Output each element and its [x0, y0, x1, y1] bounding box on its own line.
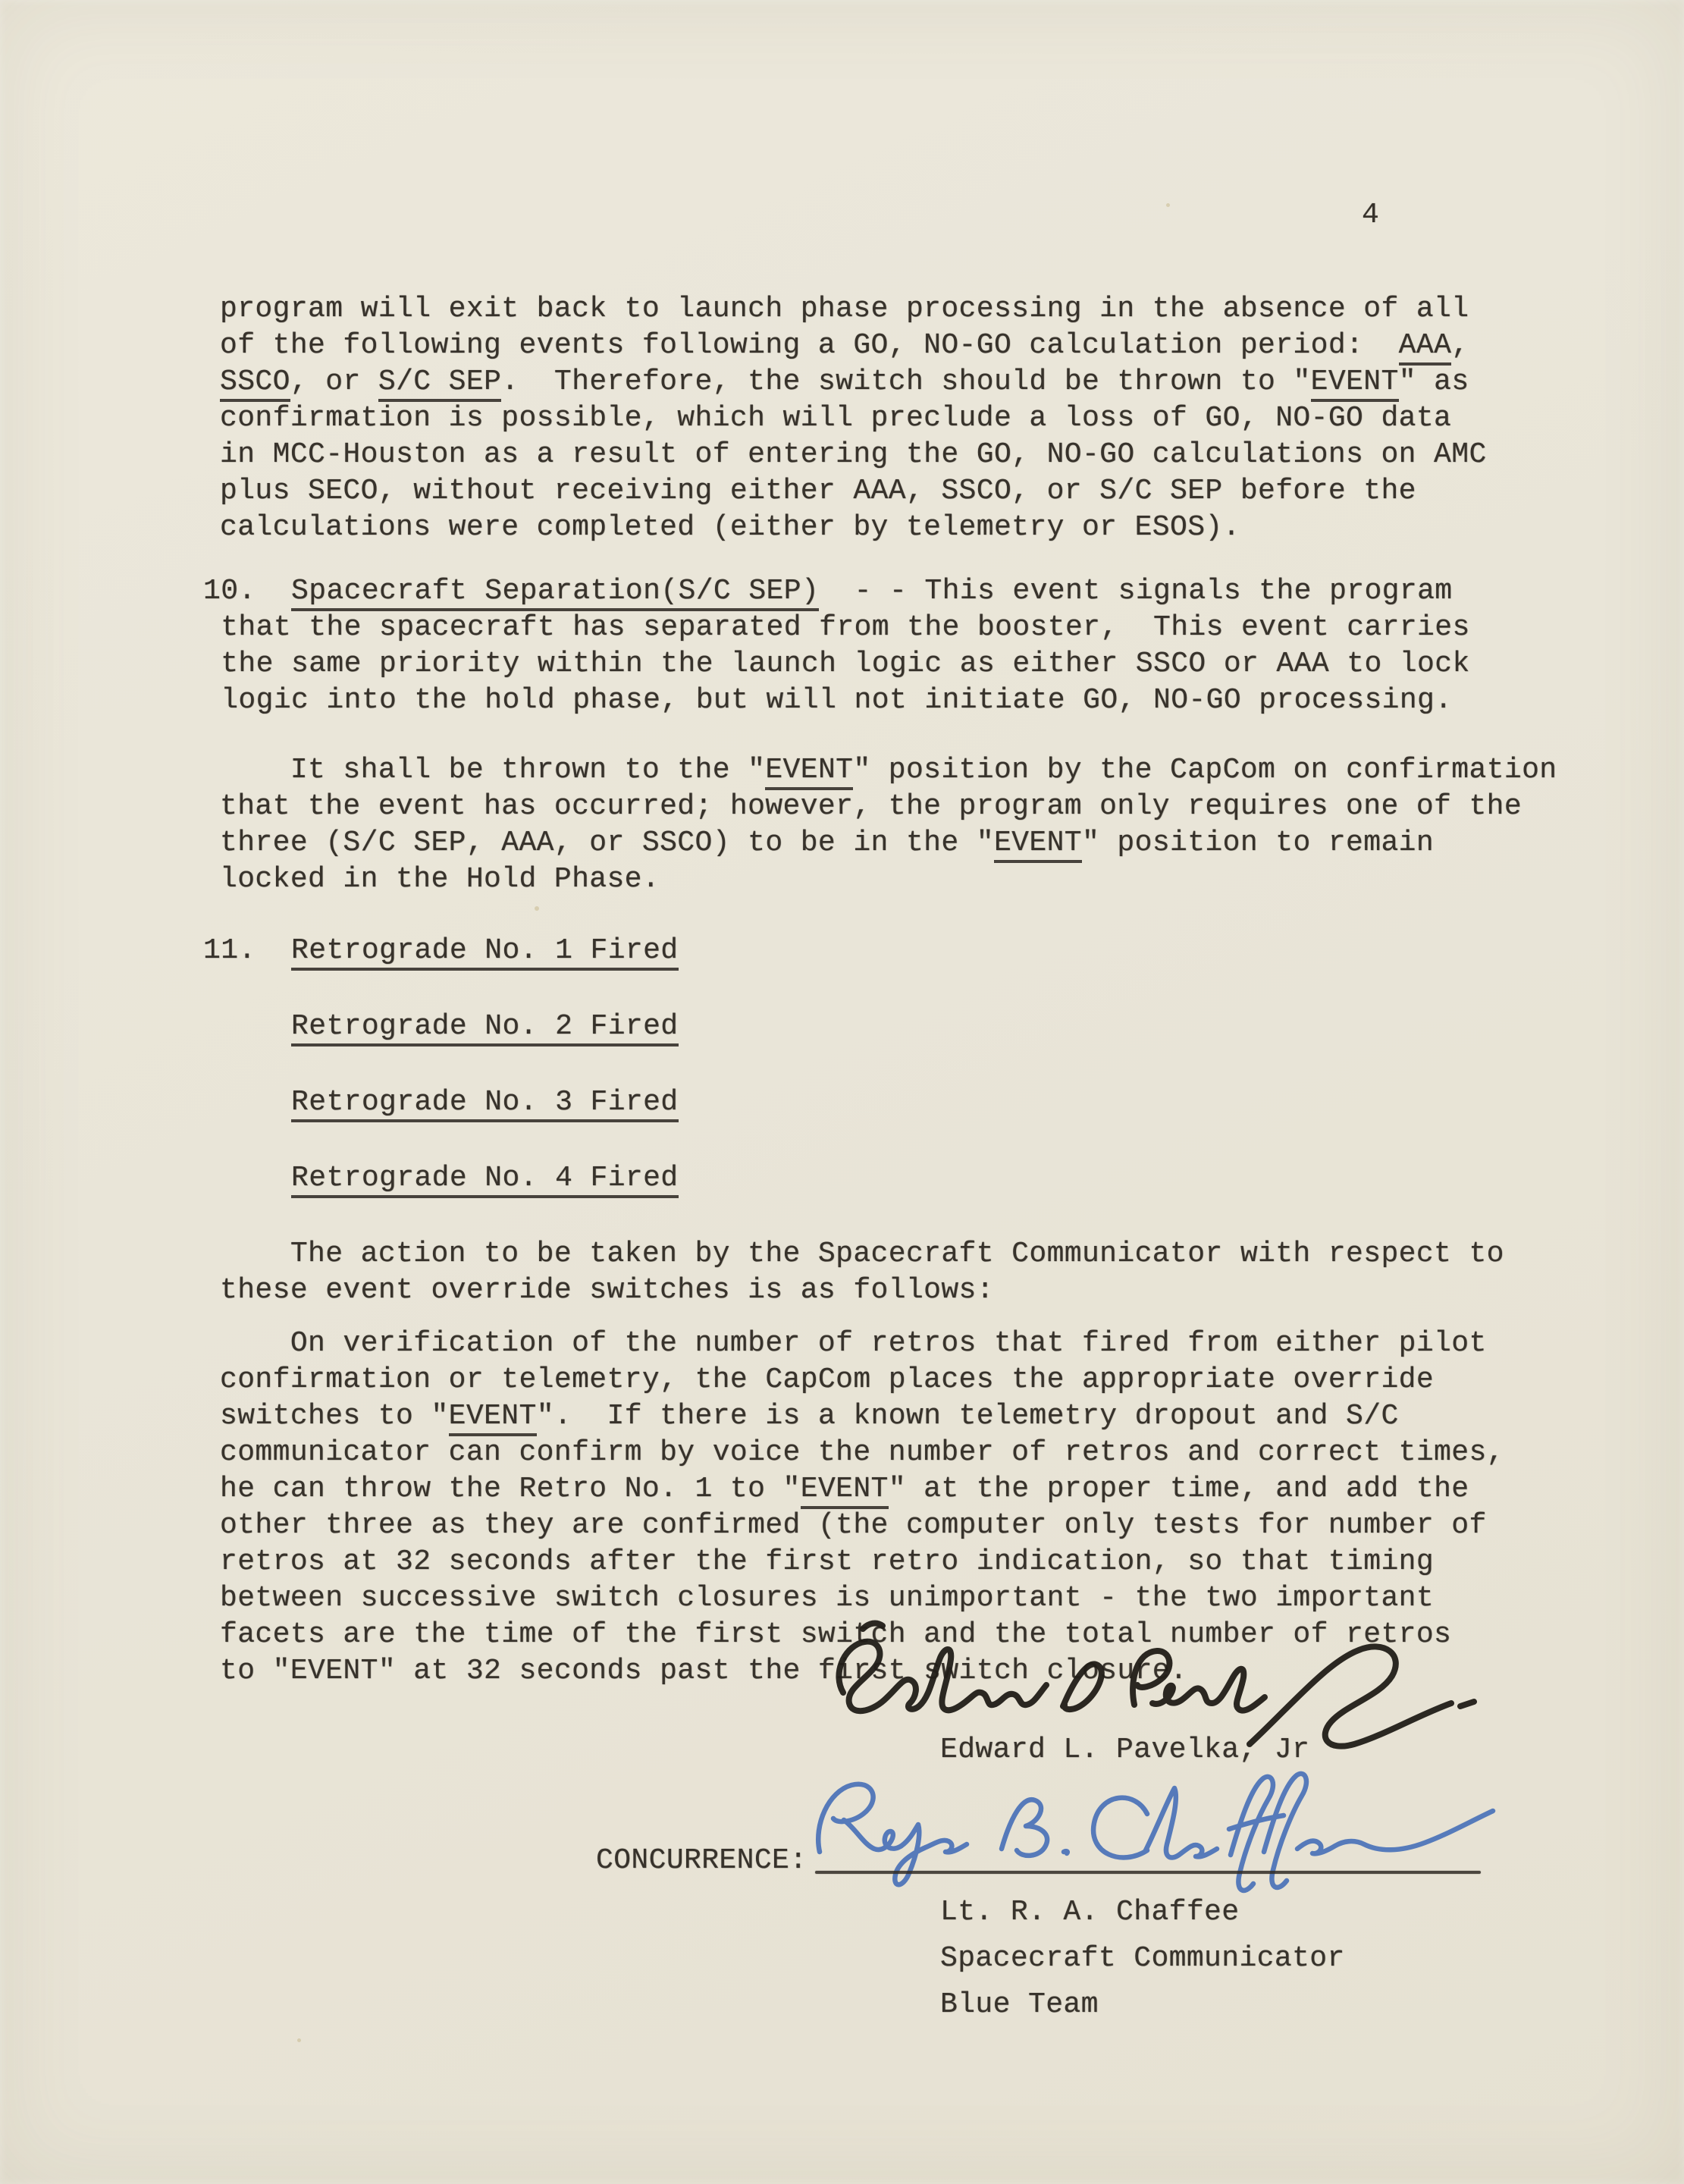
concurrence-label: CONCURRENCE: — [596, 1843, 807, 1879]
text-line: in MCC-Houston as a result of entering t… — [220, 437, 1487, 473]
retrograde-item: Retrograde No. 3 Fired — [203, 1084, 679, 1160]
text-line: locked in the Hold Phase. — [220, 861, 1557, 898]
paragraph-it-shall: It shall be thrown to the "EVENT" positi… — [220, 752, 1557, 898]
text-line: these event override switches is as foll… — [220, 1272, 1504, 1309]
text-line: plus SECO, without receiving either AAA,… — [220, 473, 1487, 510]
text-line: three (S/C SEP, AAA, or SSCO) to be in t… — [220, 825, 1557, 861]
section-10-spacecraft-separation: 10. Spacecraft Separation(S/C SEP) - - T… — [203, 573, 1470, 719]
document-page: { "page": { "number": "4" }, "colors": {… — [0, 0, 1684, 2184]
retrograde-item: 11. Retrograde No. 1 Fired — [203, 933, 679, 1009]
text-line: SSCO, or S/C SEP. Therefore, the switch … — [220, 364, 1487, 400]
section-11-retrograde-list: 11. Retrograde No. 1 Fired Retrograde No… — [203, 933, 679, 1236]
text-line: of the following events following a GO, … — [220, 328, 1487, 364]
text-line: retros at 32 seconds after the first ret… — [220, 1544, 1504, 1580]
paper-speck — [1166, 203, 1170, 207]
text-line: communicator can confirm by voice the nu… — [220, 1435, 1504, 1471]
signature-line — [815, 1871, 1481, 1874]
chaffee-typed-team: Blue Team — [940, 1987, 1099, 2023]
text-line: The action to be taken by the Spacecraft… — [220, 1236, 1504, 1272]
text-line: confirmation is possible, which will pre… — [220, 400, 1487, 437]
text-line: switches to "EVENT". If there is a known… — [220, 1398, 1504, 1435]
text-line: On verification of the number of retros … — [220, 1326, 1504, 1362]
text-line: the same priority within the launch logi… — [203, 646, 1470, 682]
chaffee-signature — [785, 1744, 1505, 1911]
chaffee-typed-title: Spacecraft Communicator — [940, 1941, 1345, 1977]
text-line: confirmation or telemetry, the CapCom pl… — [220, 1362, 1504, 1398]
section-heading-line: 10. Spacecraft Separation(S/C SEP) - - T… — [203, 573, 1470, 610]
text-line: he can throw the Retro No. 1 to "EVENT" … — [220, 1471, 1504, 1508]
retrograde-item: Retrograde No. 2 Fired — [203, 1009, 679, 1084]
page-number: 4 — [1362, 199, 1379, 231]
text-line: other three as they are confirmed (the c… — [220, 1508, 1504, 1544]
text-line: that the event has occurred; however, th… — [220, 789, 1557, 825]
text-line: logic into the hold phase, but will not … — [203, 682, 1470, 719]
paragraph-action: The action to be taken by the Spacecraft… — [220, 1236, 1504, 1309]
retrograde-item: Retrograde No. 4 Fired — [203, 1160, 679, 1236]
chaffee-typed-name: Lt. R. A. Chaffee — [940, 1894, 1239, 1931]
paper-speck — [535, 906, 539, 911]
paragraph-continuation: program will exit back to launch phase p… — [220, 291, 1487, 546]
paper-speck — [297, 2038, 301, 2042]
text-line: that the spacecraft has separated from t… — [203, 610, 1470, 646]
text-line: It shall be thrown to the "EVENT" positi… — [220, 752, 1557, 789]
text-line: program will exit back to launch phase p… — [220, 291, 1487, 328]
text-line: calculations were completed (either by t… — [220, 510, 1487, 546]
